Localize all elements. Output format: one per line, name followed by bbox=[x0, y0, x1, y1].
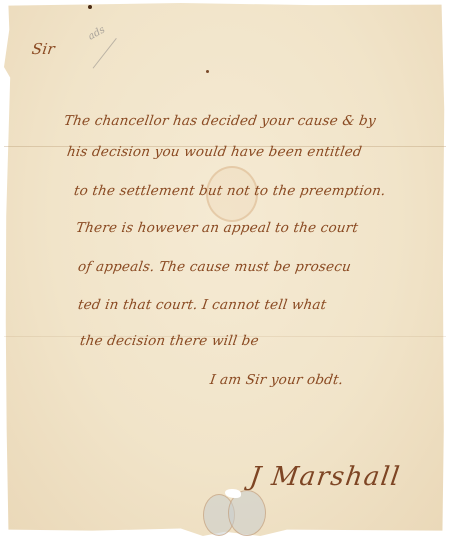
signature: J Marshall bbox=[248, 462, 403, 492]
closing: I am Sir your obdt. bbox=[209, 372, 344, 388]
letter-line-6: ted in that court. I cannot tell what bbox=[77, 297, 328, 313]
ink-spot bbox=[206, 70, 209, 73]
letter-line-4: There is however an appeal to the court bbox=[75, 220, 359, 236]
letter-page: Sir ads The chancellor has decided your … bbox=[0, 0, 450, 544]
salutation: Sir bbox=[31, 40, 56, 58]
letter-line-2: his decision you would have been entitle… bbox=[66, 144, 363, 160]
letter-line-7: the decision there will be bbox=[79, 333, 260, 349]
ink-spot bbox=[88, 5, 92, 9]
letter-line-3: to the settlement but not to the preempt… bbox=[73, 183, 387, 199]
letter-line-1: The chancellor has decided your cause & … bbox=[63, 113, 377, 129]
letter-line-5: of appeals. The cause must be prosecu bbox=[77, 259, 352, 275]
paper-hole bbox=[225, 489, 241, 498]
